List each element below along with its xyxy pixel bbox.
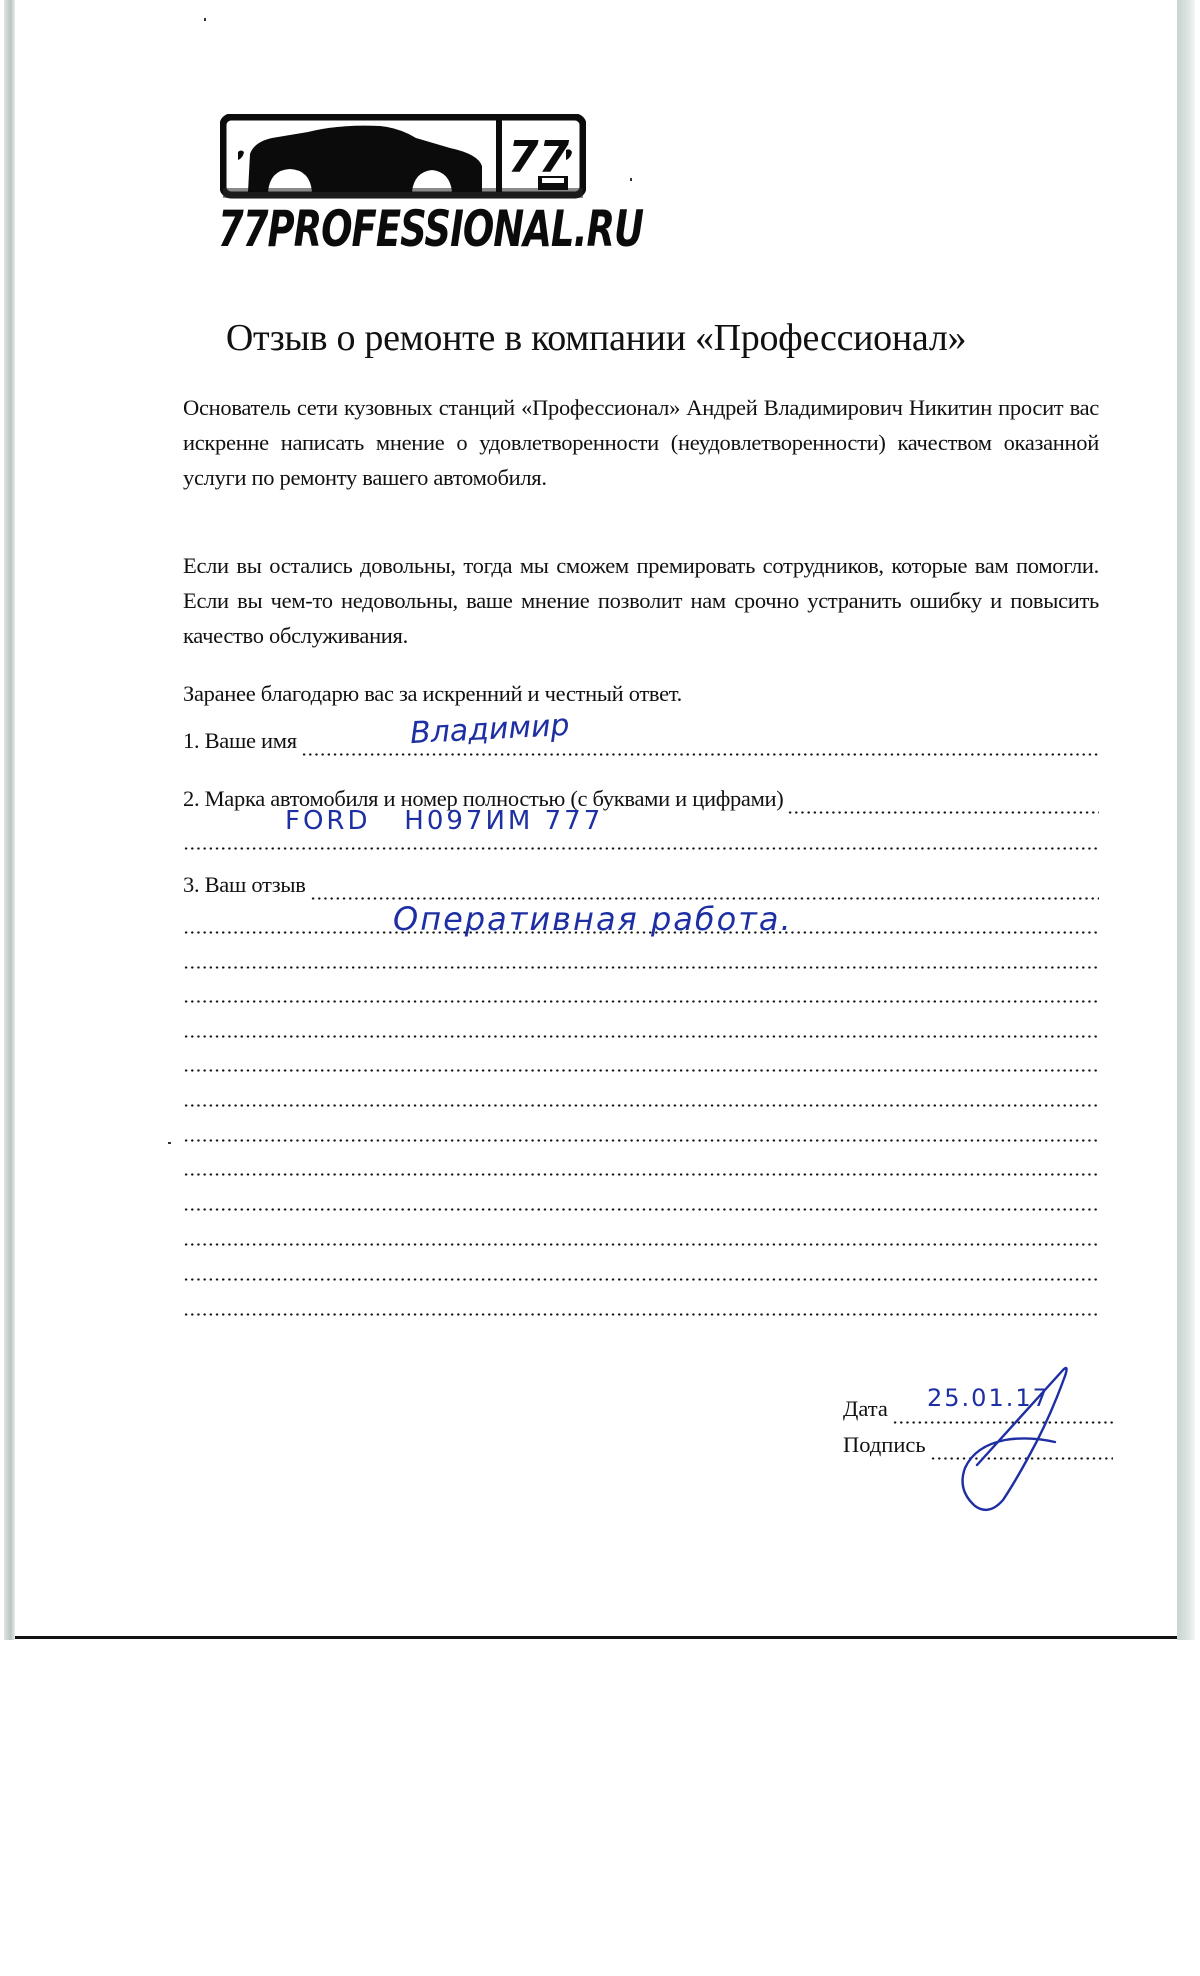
dotted-fill-line [183, 1278, 1099, 1281]
date-label: Дата [843, 1396, 892, 1422]
logo-site-text: 77PROFESSIONAL.RU [218, 200, 598, 258]
review-blank-line[interactable] [183, 975, 1099, 1009]
svg-text:77: 77 [508, 132, 570, 183]
car-logo-icon: 77 [220, 114, 586, 200]
scan-edge-right [1177, 0, 1195, 1640]
dotted-fill-line [183, 1000, 1099, 1003]
review-blank-line[interactable] [183, 1288, 1099, 1322]
dotted-fill-line [183, 1208, 1099, 1211]
dotted-fill-line [183, 1069, 1099, 1072]
q3-label: 3. Ваш отзыв [183, 872, 310, 898]
scan-edge-left [4, 0, 15, 1640]
dotted-fill-line [183, 1173, 1099, 1176]
review-blank-line[interactable] [183, 1148, 1099, 1182]
thanks-paragraph: Заранее благодарю вас за искренний и чес… [183, 676, 1099, 711]
document-page: 77 77PROFESSIONAL.RU Отзыв о ремонте в к… [15, 0, 1177, 1639]
q1-name-field[interactable]: 1. Ваше имя [183, 728, 1099, 762]
dotted-fill-line [183, 1035, 1099, 1038]
q1-label: 1. Ваше имя [183, 728, 301, 754]
dotted-fill-line [183, 847, 1099, 850]
dotted-fill-line [301, 753, 1099, 756]
review-blank-line[interactable] [183, 1044, 1099, 1078]
signature-label: Подпись [843, 1432, 930, 1458]
company-logo: 77 77PROFESSIONAL.RU [202, 114, 602, 256]
purpose-paragraph: Если вы остались довольны, тогда мы смож… [183, 548, 1099, 653]
review-blank-line[interactable] [183, 1253, 1099, 1287]
dotted-fill-line [183, 966, 1099, 969]
handwritten-signature [945, 1360, 1095, 1520]
review-blank-line[interactable] [183, 1183, 1099, 1217]
review-blank-line[interactable] [183, 906, 1099, 940]
review-blank-line[interactable] [183, 1218, 1099, 1252]
dotted-fill-line [183, 1104, 1099, 1107]
dotted-fill-line [183, 1313, 1099, 1316]
intro-paragraph: Основатель сети кузовных станций «Профес… [183, 390, 1099, 495]
review-blank-line[interactable] [183, 1114, 1099, 1148]
dotted-fill-line [183, 931, 1099, 934]
dotted-fill-line [183, 1139, 1099, 1142]
scan-speck [168, 1142, 171, 1144]
scan-speck [204, 18, 206, 21]
review-blank-line[interactable] [183, 1010, 1099, 1044]
review-blank-line[interactable] [183, 941, 1099, 975]
dotted-fill-line [183, 1243, 1099, 1246]
q2-handwritten-answer: FORD Н097ИМ 777 [285, 806, 603, 836]
scan-speck [630, 178, 632, 181]
review-blank-line[interactable] [183, 1079, 1099, 1113]
document-title: Отзыв о ремонте в компании «Профессионал… [15, 316, 1177, 360]
dotted-fill-line [787, 811, 1099, 814]
